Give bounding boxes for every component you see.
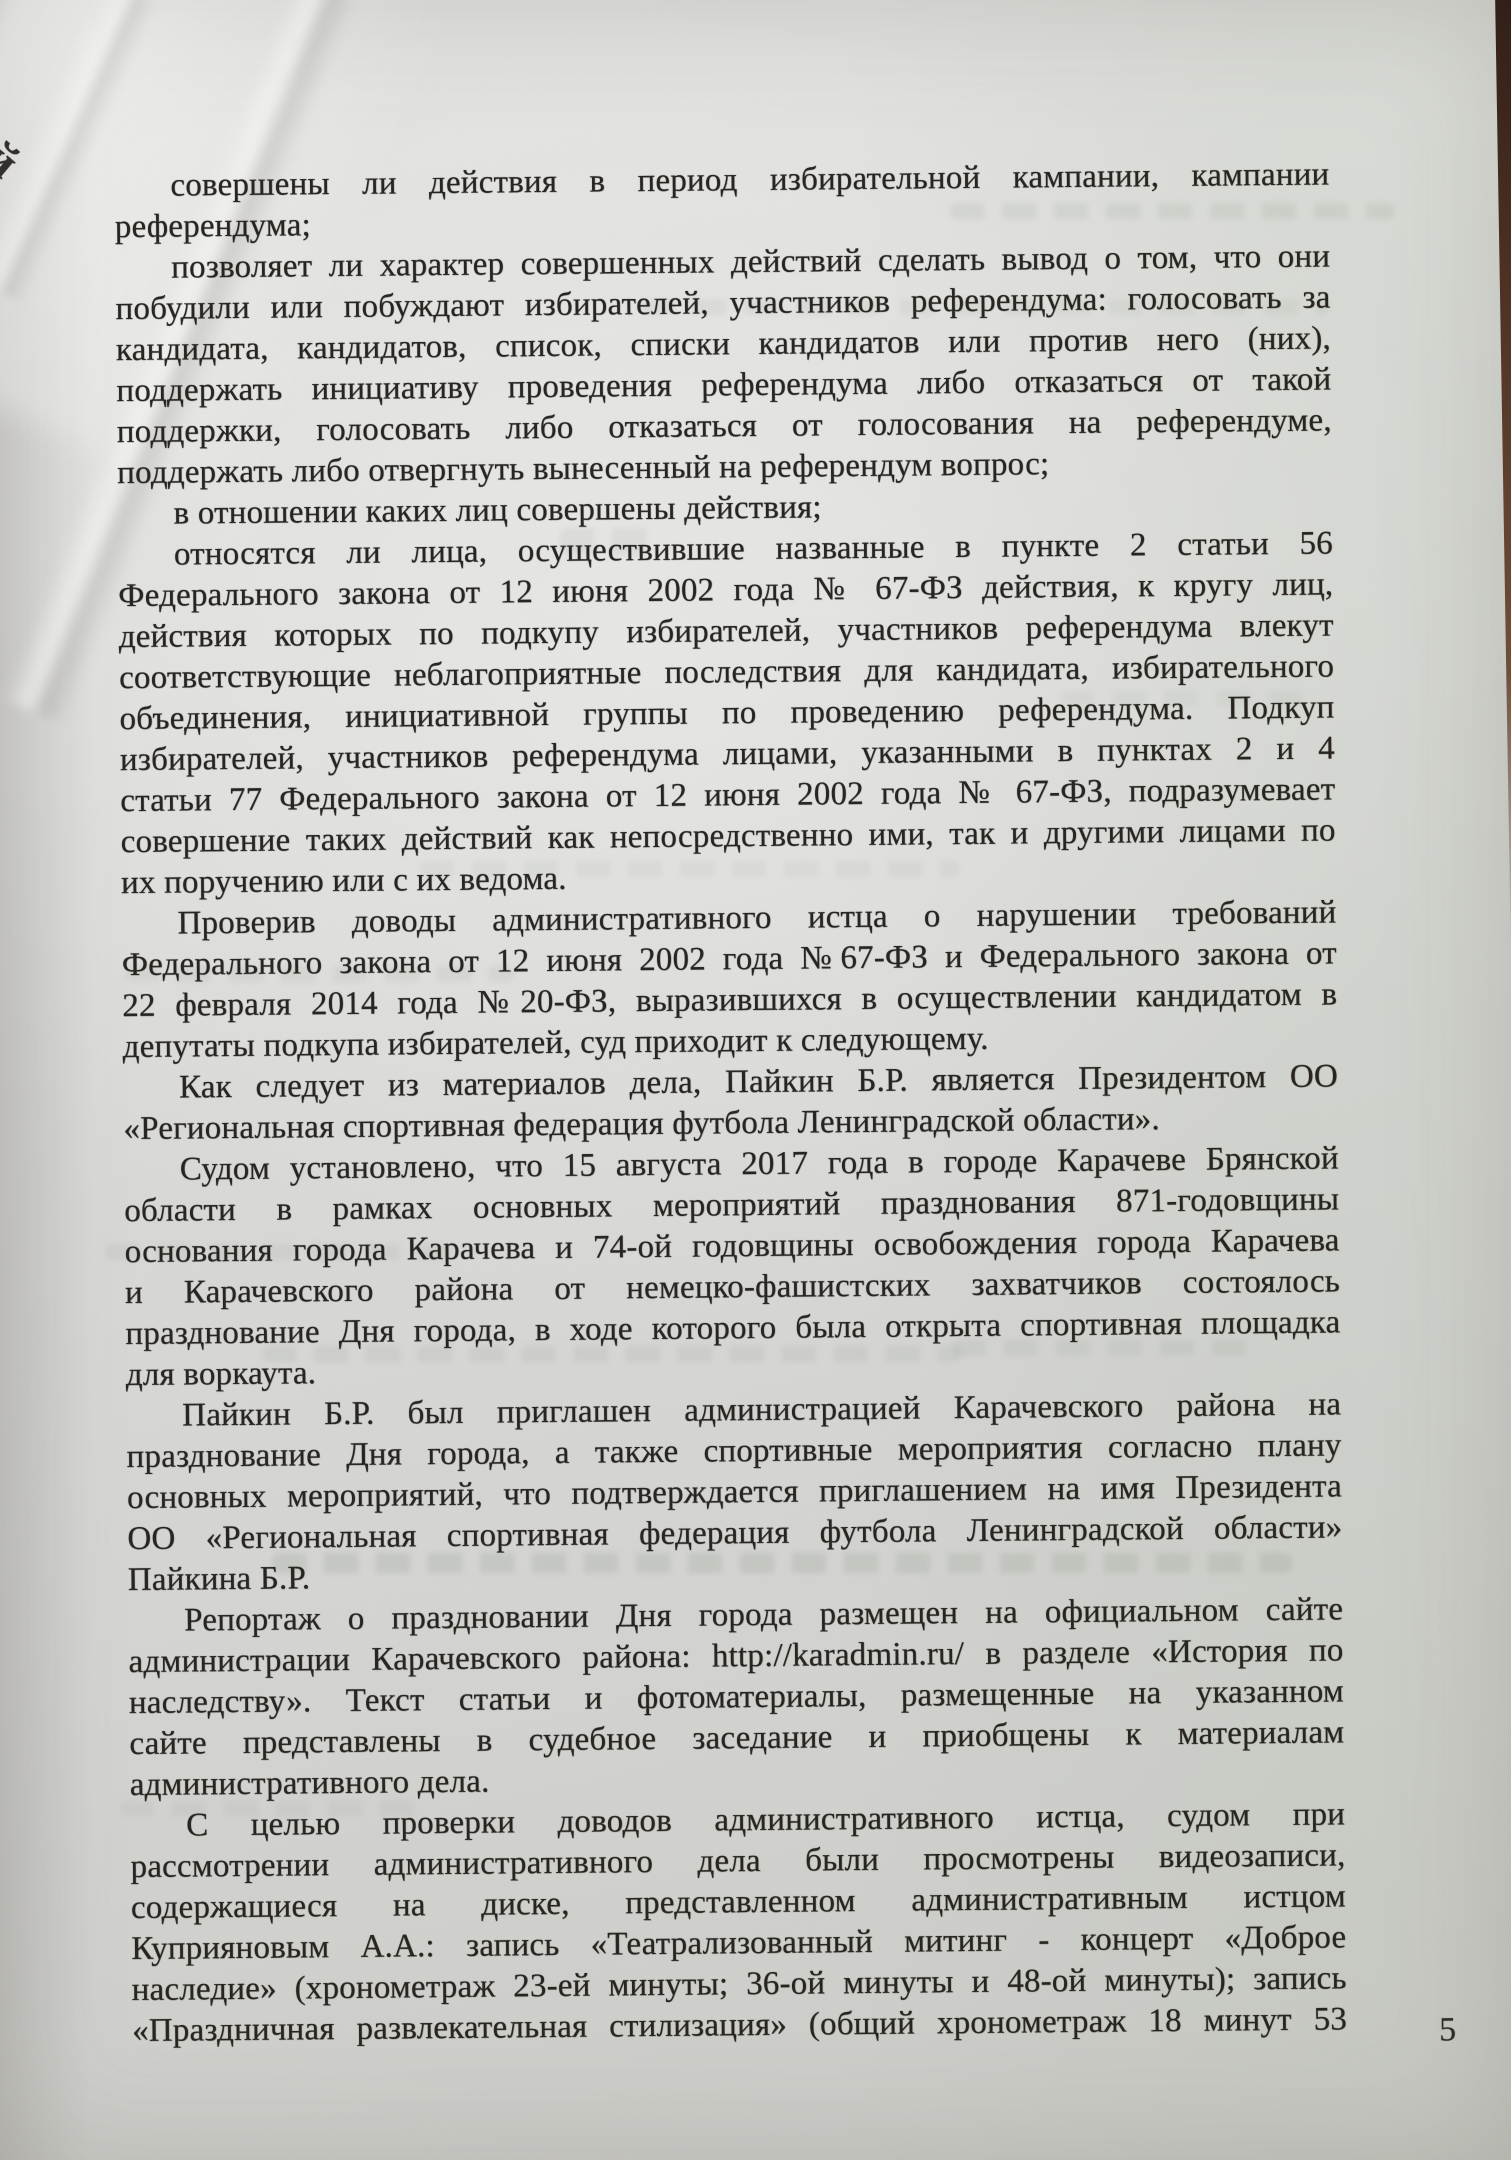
paragraph: Проверив доводы административного истца … <box>121 892 1338 1068</box>
document-photo: совершены ли действия в период избирател… <box>0 0 1511 2160</box>
page-text: совершены ли действия в период избирател… <box>114 154 1347 2052</box>
paragraph: относятся ли лица, осуществившие названн… <box>118 523 1336 904</box>
paragraph: Судом установлено, что 15 августа 2017 г… <box>124 1138 1341 1396</box>
page-number: 5 <box>1439 2011 1456 2049</box>
paragraph: С целью проверки доводов административно… <box>130 1794 1347 2052</box>
paragraph: Репортаж о праздновании Дня города разме… <box>128 1589 1345 1806</box>
paragraph: Пайкин Б.Р. был приглашен администрацией… <box>126 1384 1343 1601</box>
paragraph: позволяет ли характер совершенных действ… <box>115 236 1332 494</box>
paragraph: Как следует из материалов дела, Пайкин Б… <box>123 1056 1339 1150</box>
paragraph: совершены ли действия в период избирател… <box>114 154 1330 248</box>
